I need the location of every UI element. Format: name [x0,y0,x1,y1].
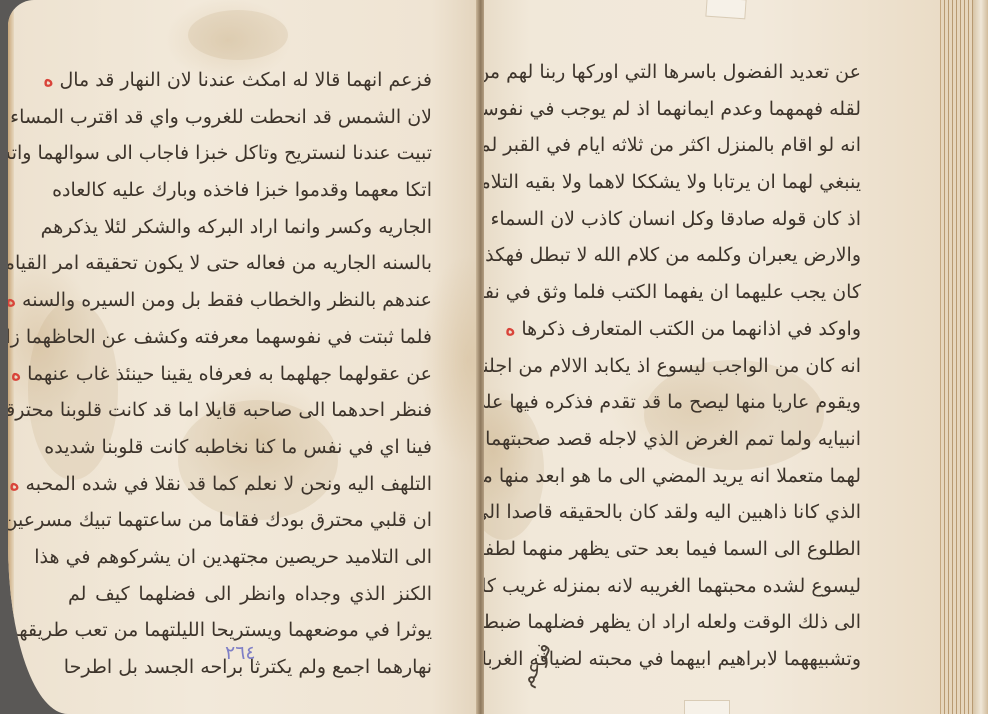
text-line: فنظر احدهما الى صاحبه قايلا اما قد كانت … [68,392,432,429]
verse-stop-marker: ه [8,289,16,311]
text-line: لقله فهمهما وعدم ايمانهما اذ لم يوجب في … [506,91,861,128]
paper-tab [705,0,746,19]
left-page-text: فزعم انهما قالا له امكث عندنا لان النهار… [68,62,432,686]
text-line: انه لو اقام بالمنزل اكثر من ثلاثه ايام ف… [506,127,861,164]
text-line: الذي كانا ذاهبين اليه ولقد كان بالحقيقه … [506,494,861,531]
text-line: التلهف اليه ونحن لا نعلم كما قد نقلا في … [68,466,432,503]
text-line: ويقوم عاريا منها ليصح ما قد تقدم فذكره ف… [506,384,861,421]
text-line: ان قلبي محترق بودك فقاما من ساعتهما تبيك… [68,502,432,539]
verse-stop-marker: ه [505,318,515,340]
right-page: عن تعديد الفضول باسرها التي اوركها ربنا … [484,0,944,714]
text-line: وتشبيههما لابراهيم ابيهما في محبته لضياف… [506,641,861,678]
text-line: عن تعديد الفضول باسرها التي اوركها ربنا … [506,54,861,91]
verse-stop-marker: ه [10,473,20,495]
folio-number: ٢٦٤ [225,642,256,664]
text-line: تبيت عندنا لنستريح وتاكل خبزا فاجاب الى … [68,135,432,172]
text-line: الكنز الذي وجداه وانظر الى فضلهما كيف لم [68,576,432,613]
text-line: الطلوع الى السما فيما بعد حتى يظهر منهما… [506,531,861,568]
text-line: واوكد في اذانهما من الكتب المتعارف ذكرها… [506,311,861,348]
text-line: فلما ثبتت في نفوسهما معرفته وكشف عن الحا… [68,319,432,356]
page-edges [940,0,988,714]
text-line: اذ كان قوله صادقا وكل انسان كاذب لان الس… [506,201,861,238]
text-line: بالسنه الجاريه من فعاله حتى لا يكون تحقي… [68,245,432,282]
text-line: عندهم بالنظر والخطاب فقط بل ومن السيره و… [68,282,432,319]
text-line: والارض يعبران وكلمه من كلام الله لا تبطل… [506,237,861,274]
paper-tab [684,700,730,714]
text-line: الجاريه وكسر وانما اراد البركه والشكر لئ… [68,209,432,246]
text-line: انه كان من الواجب ليسوع اذ يكابد الالام … [506,348,861,385]
text-line: عن عقولهما جهلهما به فعرفاه يقينا حينئذ … [68,356,432,393]
left-page: فزعم انهما قالا له امكث عندنا لان النهار… [8,0,478,714]
text-line: لهما متعملا انه يريد المضي الى ما هو ابع… [506,458,861,495]
text-line: ليسوع لشده محبتهما الغريبه لانه بمنزله غ… [506,568,861,605]
text-line: فزعم انهما قالا له امكث عندنا لان النهار… [68,62,432,99]
text-line: كان يجب عليهما ان يفهما الكتب فلما وثق ف… [506,274,861,311]
water-stain [188,10,288,60]
text-line: الى التلاميد حريصين مجتهدين ان يشركوهم ف… [68,539,432,576]
right-page-text: عن تعديد الفضول باسرها التي اوركها ربنا … [506,54,861,678]
text-line: اتكا معهما وقدموا خبزا فاخذه وبارك عليه … [68,172,432,209]
manuscript-spread: فزعم انهما قالا له امكث عندنا لان النهار… [0,0,988,714]
text-line: انبيايه ولما تمم الغرض الذي لاجله قصد صح… [506,421,861,458]
verse-stop-marker: ه [11,363,21,385]
text-line: لان الشمس قد انحطت للغروب واي قد اقترب ا… [68,99,432,136]
text-line: الى ذلك الوقت ولعله اراد ان يظهر فضلهما … [506,604,861,641]
text-line: فينا اي في نفس ما كنا نخاطبه كانت قلوبنا… [68,429,432,466]
text-line: ينبغي لهما ان يرتابا ولا يشككا لاهما ولا… [506,164,861,201]
verse-stop-marker: ه [43,69,53,91]
